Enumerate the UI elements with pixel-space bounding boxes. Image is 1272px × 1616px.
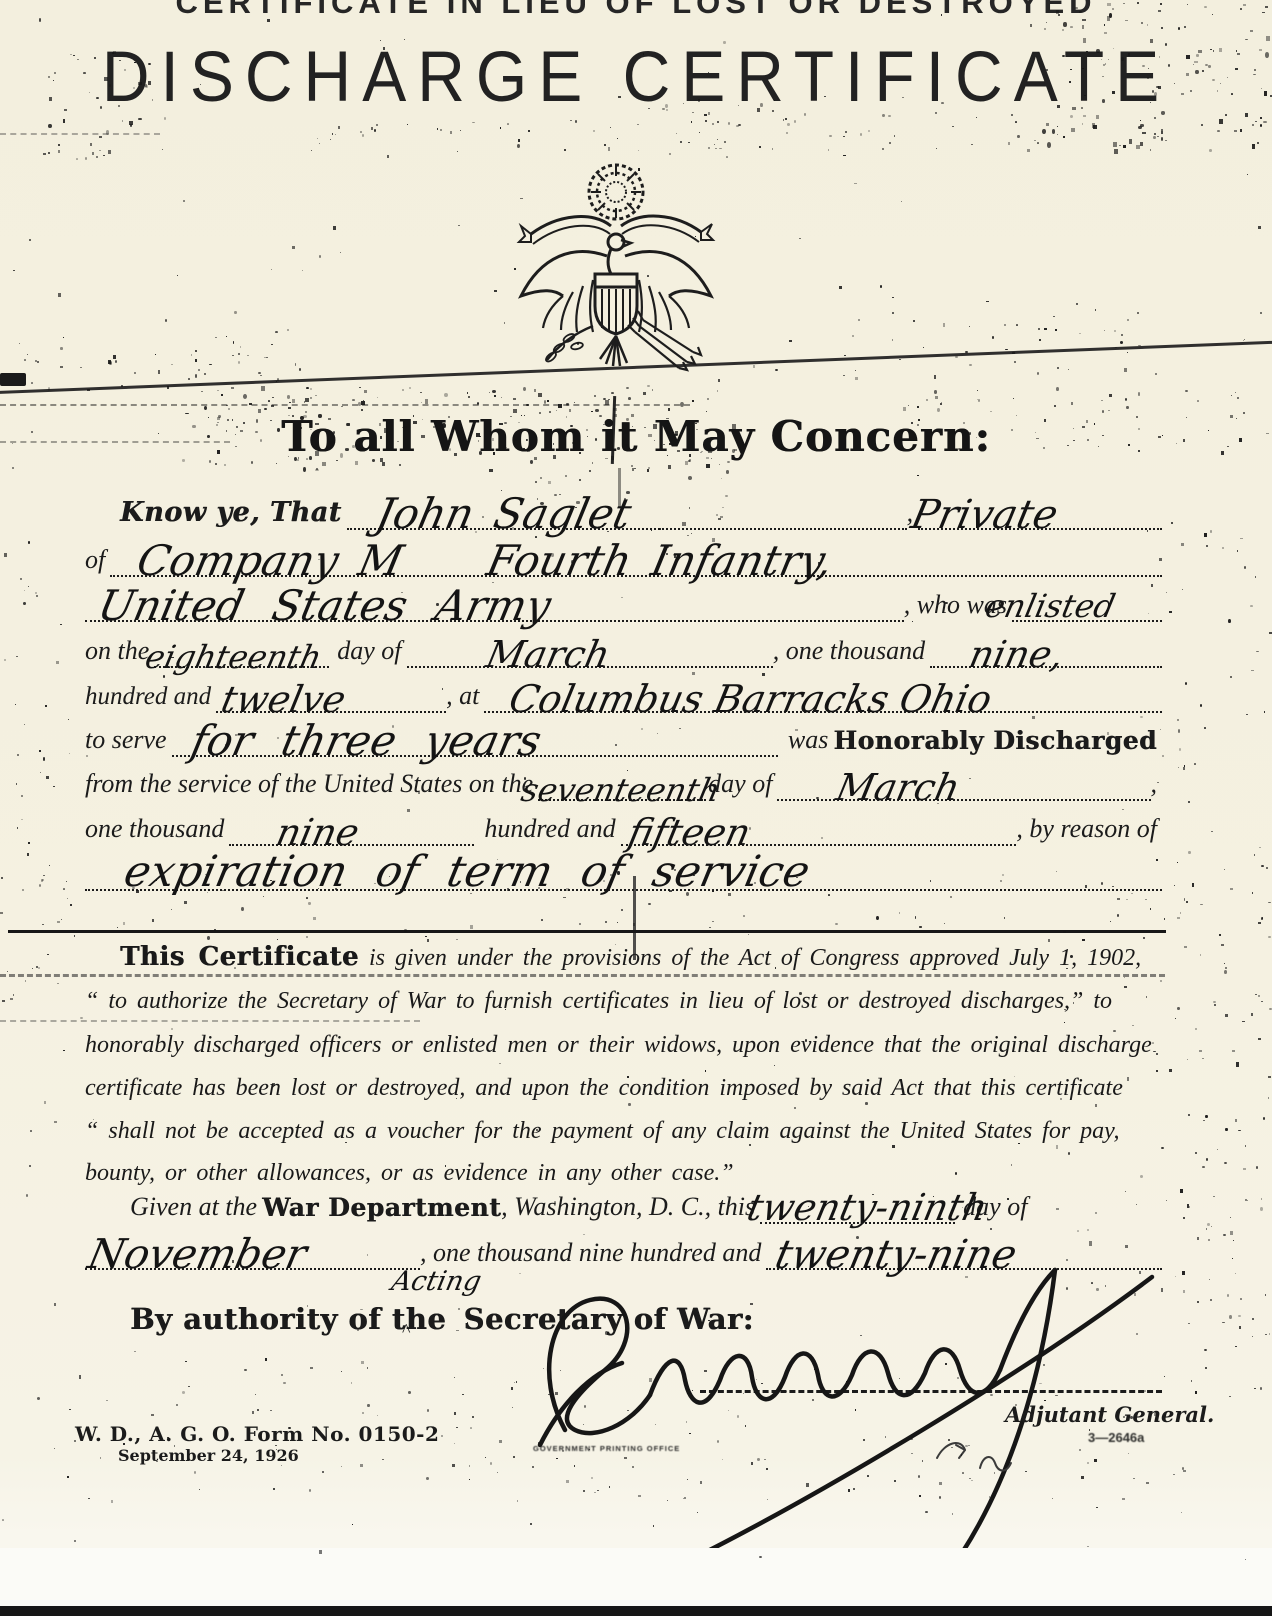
noise-speckle: [37, 1397, 40, 1400]
noise-speckle: [1143, 937, 1145, 939]
noise-speckle: [2, 1000, 5, 1002]
noise-speckle: [10, 998, 13, 1000]
noise-speckle: [1179, 748, 1181, 751]
noise-speckle: [843, 136, 845, 137]
noise-speckle: [35, 592, 37, 594]
noise-speckle: [1063, 22, 1067, 26]
noise-speckle: [1200, 954, 1202, 956]
noise-speckle: [467, 392, 468, 393]
noise-speckle: [843, 155, 846, 157]
noise-speckle: [934, 375, 936, 379]
noise-speckle: [1254, 1388, 1256, 1389]
noise-speckle: [1093, 125, 1096, 128]
noise-speckle: [359, 387, 361, 389]
noise-speckle: [289, 402, 291, 403]
noise-speckle: [1244, 566, 1246, 569]
noise-speckle: [247, 355, 249, 356]
form-line-discharge-year: one thousand nine hundred and fifteen , …: [85, 798, 1162, 846]
noise-speckle: [1178, 767, 1180, 768]
noise-speckle: [1039, 339, 1041, 341]
noise-speckle: [589, 470, 591, 473]
legal-paragraph-line-4: certificate has been lost or destroyed, …: [85, 1075, 1123, 1102]
noise-speckle: [30, 1130, 32, 1132]
noise-speckle: [494, 290, 497, 293]
noise-speckle: [99, 150, 101, 151]
noise-speckle: [456, 1427, 458, 1428]
noise-speckle: [1261, 1001, 1262, 1002]
noise-speckle: [90, 143, 93, 146]
noise-speckle: [1261, 1198, 1262, 1199]
noise-speckle: [54, 1121, 57, 1123]
noise-speckle: [1263, 121, 1266, 123]
noise-speckle: [27, 853, 29, 855]
noise-speckle: [783, 119, 785, 121]
noise-speckle: [1252, 1336, 1253, 1337]
noise-speckle: [1194, 763, 1195, 765]
noise-speckle: [292, 399, 295, 403]
noise-speckle: [472, 122, 475, 123]
noise-speckle: [1054, 405, 1056, 407]
noise-speckle: [978, 399, 980, 401]
noise-speckle: [362, 1412, 364, 1414]
noise-speckle: [315, 395, 317, 397]
noise-speckle: [1187, 1204, 1190, 1208]
enlisted-entry-field: enlisted: [1012, 572, 1162, 622]
noise-speckle: [258, 372, 260, 374]
noise-speckle: [1268, 936, 1271, 938]
noise-speckle: [271, 269, 272, 270]
noise-speckle: [1132, 1025, 1133, 1026]
noise-speckle: [1188, 801, 1189, 803]
noise-speckle: [1213, 1196, 1214, 1197]
noise-speckle: [224, 464, 226, 466]
noise-speckle: [57, 983, 59, 984]
noise-speckle: [1224, 970, 1227, 974]
discharge-day-field: seventeenth: [538, 751, 706, 801]
form-date: September 24, 1926: [118, 1446, 299, 1465]
noise-speckle: [12, 467, 14, 469]
ink-blob-artifact: [0, 373, 26, 386]
noise-speckle: [69, 753, 70, 755]
branch-entry-field: United States Army: [85, 572, 904, 622]
noise-speckle: [917, 475, 918, 476]
noise-speckle: [1161, 1147, 1163, 1149]
noise-speckle: [489, 469, 493, 471]
noise-speckle: [31, 382, 33, 384]
noise-speckle: [387, 155, 389, 158]
noise-speckle: [1157, 136, 1159, 138]
noise-speckle: [1230, 676, 1232, 678]
noise-speckle: [1255, 576, 1256, 578]
noise-speckle: [292, 246, 294, 248]
enlist-month-field: March: [407, 618, 773, 668]
this-certificate-lead: This Certificate: [120, 942, 359, 972]
noise-speckle: [1117, 898, 1120, 900]
noise-speckle: [7, 971, 9, 972]
scan-dash-artifact: [0, 133, 160, 135]
noise-speckle: [1252, 144, 1255, 146]
noise-speckle: [100, 1457, 101, 1459]
noise-speckle: [574, 402, 575, 403]
noise-speckle: [29, 1165, 31, 1168]
noise-speckle: [1264, 711, 1265, 713]
noise-speckle: [1129, 139, 1132, 143]
noise-speckle: [1138, 392, 1141, 396]
noise-speckle: [1180, 912, 1181, 914]
noise-speckle: [24, 724, 25, 725]
noise-speckle: [108, 360, 110, 364]
noise-speckle: [111, 1500, 113, 1503]
noise-speckle: [377, 1415, 378, 1416]
noise-speckle: [1162, 755, 1164, 758]
noise-speckle: [440, 129, 442, 131]
legal-paragraph-line-1: This Certificate is given under the prov…: [120, 942, 1141, 972]
noise-speckle: [402, 389, 403, 391]
noise-speckle: [1236, 1062, 1239, 1066]
noise-speckle: [547, 400, 550, 401]
noise-speckle: [1071, 402, 1073, 405]
noise-speckle: [829, 135, 832, 137]
noise-speckle: [437, 128, 438, 129]
noise-speckle: [171, 1028, 173, 1029]
noise-speckle: [1147, 24, 1148, 26]
noise-speckle: [1108, 410, 1110, 411]
noise-speckle: [1044, 328, 1047, 330]
noise-speckle: [839, 286, 842, 289]
noise-speckle: [738, 124, 741, 126]
noise-speckle: [310, 397, 313, 398]
noise-speckle: [518, 139, 520, 141]
noise-speckle: [604, 144, 605, 146]
noise-speckle: [29, 239, 31, 241]
noise-speckle: [1056, 1145, 1059, 1149]
noise-speckle: [302, 270, 303, 271]
noise-speckle: [1242, 1021, 1244, 1022]
noise-speckle: [303, 467, 306, 471]
noise-speckle: [317, 138, 318, 140]
noise-speckle: [194, 1471, 196, 1474]
noise-speckle: [691, 121, 692, 123]
noise-speckle: [1261, 865, 1264, 867]
noise-speckle: [454, 1377, 455, 1378]
form-line-discharge-date: from the service of the United States on…: [85, 753, 1162, 801]
noise-speckle: [1034, 140, 1037, 142]
noise-speckle: [340, 252, 341, 253]
noise-speckle: [444, 393, 448, 397]
noise-speckle: [24, 359, 26, 361]
noise-speckle: [501, 397, 502, 398]
noise-speckle: [772, 148, 773, 150]
noise-speckle: [1068, 1152, 1070, 1155]
noise-speckle: [4, 553, 7, 557]
noise-speckle: [1183, 767, 1185, 769]
noise-speckle: [49, 865, 51, 866]
noise-speckle: [1243, 1168, 1246, 1171]
noise-speckle: [330, 139, 332, 140]
noise-speckle: [785, 118, 787, 120]
noise-speckle: [1251, 670, 1254, 672]
noise-speckle: [680, 141, 682, 143]
noise-speckle: [1230, 1231, 1233, 1235]
noise-speckle: [1184, 765, 1186, 767]
noise-speckle: [843, 375, 844, 377]
noise-speckle: [441, 1435, 443, 1437]
noise-speckle: [699, 132, 700, 133]
noise-speckle: [470, 1427, 473, 1429]
given-month-field: November: [85, 1220, 420, 1270]
noise-speckle: [1046, 22, 1047, 23]
noise-speckle: [364, 390, 367, 393]
noise-speckle: [1244, 339, 1245, 340]
noise-speckle: [281, 1374, 282, 1376]
noise-speckle: [1030, 24, 1032, 26]
noise-speckle: [668, 408, 671, 410]
noise-speckle: [171, 364, 173, 365]
noise-speckle: [21, 819, 23, 820]
discharge-certificate-scan: CERTIFICATE IN LIEU OF LOST OR DESTROYED…: [0, 0, 1272, 1616]
noise-speckle: [1153, 1051, 1156, 1053]
noise-speckle: [1269, 632, 1271, 634]
noise-speckle: [634, 468, 636, 469]
document-title: DISCHARGE CERTIFICATE: [0, 35, 1272, 117]
noise-speckle: [1055, 329, 1057, 331]
noise-speckle: [1124, 368, 1127, 371]
noise-speckle: [1240, 1298, 1242, 1300]
noise-speckle: [420, 392, 422, 394]
noise-speckle: [638, 150, 639, 151]
noise-speckle: [950, 896, 952, 898]
noise-speckle: [1261, 917, 1263, 920]
noise-speckle: [1166, 1200, 1167, 1202]
noise-speckle: [1177, 719, 1180, 721]
noise-speckle: [257, 1409, 259, 1411]
noise-speckle: [628, 1103, 630, 1106]
noise-speckle: [1230, 888, 1232, 890]
noise-speckle: [1171, 522, 1172, 523]
noise-speckle: [16, 656, 18, 657]
noise-speckle: [1200, 904, 1203, 906]
noise-speckle: [1245, 1145, 1247, 1147]
noise-speckle: [1076, 303, 1078, 305]
noise-speckle: [1124, 986, 1127, 988]
noise-speckle: [1177, 917, 1179, 919]
noise-speckle: [1137, 312, 1139, 315]
noise-speckle: [494, 395, 496, 397]
noise-speckle: [1223, 1234, 1226, 1236]
noise-speckle: [108, 150, 111, 154]
noise-speckle: [1260, 1207, 1263, 1211]
noise-speckle: [692, 400, 693, 401]
noise-speckle: [351, 1382, 353, 1384]
noise-speckle: [1202, 1058, 1203, 1059]
noise-speckle: [528, 130, 530, 132]
noise-speckle: [969, 326, 970, 327]
noise-speckle: [63, 337, 65, 339]
noise-speckle: [1063, 136, 1065, 138]
noise-speckle: [360, 1464, 363, 1467]
noise-speckle: [1188, 1114, 1190, 1116]
noise-speckle: [1182, 589, 1183, 590]
noise-speckle: [1165, 140, 1167, 142]
noise-speckle: [468, 396, 470, 398]
noise-speckle: [631, 465, 633, 467]
noise-speckle: [1187, 1059, 1188, 1060]
noise-speckle: [295, 363, 297, 365]
noise-speckle: [1259, 847, 1261, 848]
noise-speckle: [626, 387, 629, 389]
noise-speckle: [304, 401, 305, 403]
legal-paragraph-line-3: honorably discharged officers or enliste…: [85, 1032, 1152, 1059]
noise-speckle: [4, 659, 6, 662]
noise-speckle: [1104, 330, 1105, 331]
noise-speckle: [1265, 1334, 1267, 1335]
noise-speckle: [1154, 117, 1156, 118]
form-line-given: Given at the War Department , Washington…: [85, 1176, 1162, 1224]
noise-speckle: [2, 1519, 4, 1521]
noise-speckle: [1104, 24, 1106, 26]
noise-speckle: [727, 461, 730, 464]
noise-speckle: [48, 124, 52, 129]
noise-speckle: [1255, 121, 1256, 122]
noise-speckle: [92, 152, 94, 154]
noise-speckle: [565, 475, 567, 477]
noise-speckle: [1027, 149, 1030, 152]
noise-speckle: [1195, 1152, 1197, 1154]
noise-speckle: [338, 126, 340, 129]
noise-speckle: [1140, 120, 1141, 121]
noise-speckle: [1121, 334, 1123, 336]
noise-speckle: [275, 331, 278, 333]
noise-speckle: [367, 1404, 369, 1407]
noise-speckle: [1046, 123, 1049, 126]
noise-speckle: [844, 355, 846, 357]
noise-speckle: [1153, 136, 1156, 140]
noise-speckle: [1141, 22, 1143, 24]
noise-speckle: [352, 1524, 354, 1525]
noise-speckle: [1219, 934, 1221, 936]
noise-speckle: [56, 661, 59, 664]
noise-speckle: [1145, 899, 1147, 901]
noise-speckle: [1269, 1333, 1271, 1335]
noise-speckle: [1225, 1128, 1227, 1131]
form-line-enlist-date: on the eighteenth day of March , one tho…: [85, 620, 1162, 668]
noise-speckle: [1011, 1164, 1012, 1166]
noise-speckle: [1224, 1162, 1227, 1164]
noise-speckle: [42, 879, 44, 882]
noise-speckle: [719, 148, 722, 150]
noise-speckle: [43, 757, 45, 760]
noise-speckle: [1092, 123, 1095, 128]
noise-speckle: [1252, 892, 1253, 893]
noise-speckle: [70, 904, 72, 906]
noise-speckle: [969, 364, 971, 366]
noise-speckle: [1237, 550, 1238, 552]
noise-speckle: [1268, 902, 1271, 903]
noise-speckle: [283, 1382, 286, 1385]
noise-speckle: [54, 1303, 56, 1306]
noise-speckle: [499, 1063, 500, 1065]
noise-speckle: [0, 912, 2, 913]
noise-speckle: [828, 894, 831, 896]
noise-speckle: [1250, 605, 1252, 607]
noise-speckle: [1161, 27, 1163, 30]
noise-speckle: [1127, 352, 1128, 353]
plate-number: 3—2646a: [1088, 1430, 1144, 1445]
noise-speckle: [1224, 963, 1226, 964]
noise-speckle: [534, 389, 536, 392]
noise-speckle: [1225, 967, 1227, 969]
noise-speckle: [648, 903, 650, 905]
noise-speckle: [276, 463, 277, 464]
term-field: for three years: [172, 707, 778, 757]
noise-speckle: [315, 469, 319, 471]
noise-speckle: [311, 150, 312, 151]
noise-speckle: [407, 124, 409, 126]
noise-speckle: [322, 462, 325, 466]
noise-speckle: [63, 119, 65, 122]
noise-speckle: [1258, 922, 1261, 924]
noise-speckle: [195, 350, 198, 352]
noise-speckle: [355, 461, 358, 465]
noise-speckle: [265, 1358, 267, 1361]
noise-speckle: [287, 329, 289, 331]
noise-speckle: [1114, 330, 1116, 332]
noise-speckle: [1131, 893, 1132, 894]
noise-speckle: [69, 1409, 71, 1410]
scan-dash-artifact: [0, 404, 690, 406]
noise-speckle: [1178, 729, 1181, 732]
noise-speckle: [88, 1498, 90, 1499]
scan-dash-artifact: [0, 1020, 420, 1022]
noise-speckle: [316, 468, 318, 470]
noise-speckle: [299, 368, 301, 371]
noise-speckle: [252, 1411, 254, 1414]
noise-speckle: [68, 719, 70, 720]
noise-speckle: [74, 1540, 76, 1542]
noise-speckle: [517, 144, 520, 148]
noise-speckle: [717, 139, 718, 140]
noise-speckle: [1138, 126, 1142, 130]
noise-speckle: [1150, 149, 1151, 151]
noise-speckle: [892, 297, 893, 298]
noise-speckle: [688, 142, 690, 143]
noise-speckle: [1268, 1076, 1271, 1078]
noise-speckle: [717, 121, 718, 123]
noise-speckle: [1079, 333, 1081, 334]
noise-speckle: [21, 795, 23, 796]
noise-speckle: [361, 1361, 364, 1365]
noise-speckle: [1114, 149, 1117, 154]
noise-speckle: [162, 149, 164, 150]
noise-speckle: [1152, 1042, 1154, 1044]
noise-speckle: [277, 939, 278, 940]
noise-speckle: [17, 827, 19, 830]
noise-speckle: [191, 354, 193, 356]
adjutant-general-title: Adjutant General.: [1005, 1402, 1214, 1427]
noise-speckle: [85, 157, 87, 160]
noise-speckle: [610, 127, 611, 128]
noise-speckle: [165, 319, 167, 322]
noise-speckle: [1013, 398, 1014, 399]
noise-speckle: [241, 907, 244, 911]
noise-speckle: [908, 405, 909, 406]
noise-speckle: [1125, 398, 1127, 401]
noise-speckle: [1185, 682, 1187, 685]
noise-speckle: [1180, 1189, 1183, 1192]
noise-speckle: [647, 385, 650, 387]
noise-speckle: [1258, 226, 1260, 229]
noise-speckle: [1017, 135, 1020, 138]
